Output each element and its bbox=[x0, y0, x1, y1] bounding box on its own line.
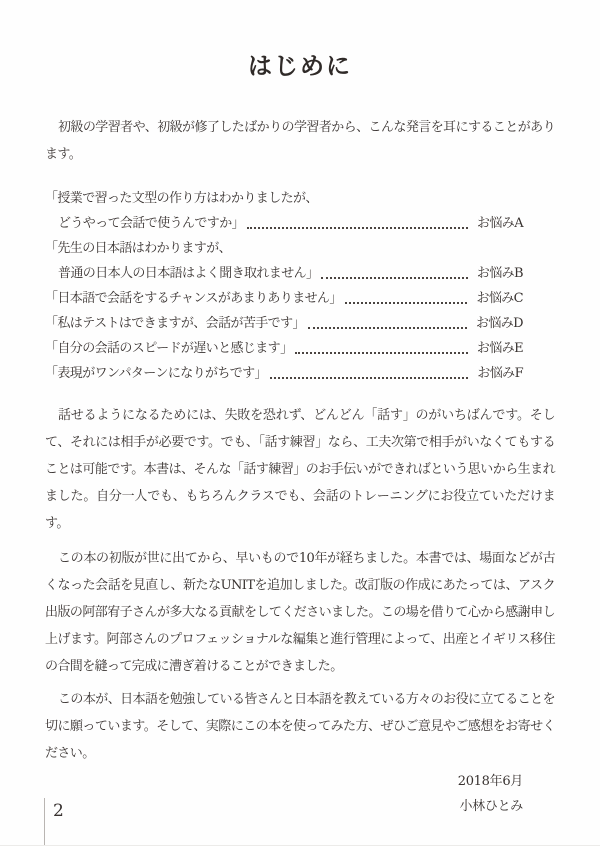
worry-b-quote-start: 「先生の日本語はわかりますが、 bbox=[45, 236, 231, 261]
worry-a-quote-end: どうやって会話で使うんですか」 bbox=[58, 211, 244, 236]
worry-item-a: 「授業で習った文型の作り方はわかりましたが、 どうやって会話で使うんですか」 お… bbox=[45, 186, 523, 236]
preface-page: はじめに 初級の学習者や、初級が修了したばかりの学習者から、こんな発言を耳にする… bbox=[0, 0, 600, 846]
signature-block: 2018年6月 小林ひとみ bbox=[45, 769, 555, 819]
dotted-leader bbox=[270, 368, 468, 379]
worry-list: 「授業で習った文型の作り方はわかりましたが、 どうやって会話で使うんですか」 お… bbox=[45, 186, 555, 386]
dotted-leader bbox=[308, 318, 467, 329]
dotted-leader bbox=[295, 343, 467, 354]
dotted-leader bbox=[321, 268, 467, 279]
worry-b-label: お悩みB bbox=[477, 261, 523, 286]
worry-f-quote: 「表現がワンパターンになりがちです」 bbox=[45, 361, 267, 386]
worry-a-line2: どうやって会話で使うんですか」 お悩みA bbox=[45, 211, 523, 236]
worry-item-c: 「日本語で会話をするチャンスがあまりありません」 お悩みC bbox=[45, 286, 523, 311]
worry-a-line1: 「授業で習った文型の作り方はわかりましたが、 bbox=[45, 186, 523, 211]
worry-item-e: 「自分の会話のスピードが遅いと感じます」 お悩みE bbox=[45, 336, 523, 361]
worry-d-line: 「私はテストはできますが、会話が苦手です」 お悩みD bbox=[45, 311, 523, 336]
page-title: はじめに bbox=[45, 0, 555, 82]
paragraph-closing: この本が、日本語を勉強している皆さんと日本語を教えている方々のお役に立てることを… bbox=[45, 686, 555, 767]
page-number-rule bbox=[44, 798, 45, 846]
publication-date: 2018年6月 bbox=[45, 769, 523, 794]
worry-c-line: 「日本語で会話をするチャンスがあまりありません」 お悩みC bbox=[45, 286, 523, 311]
worry-item-b: 「先生の日本語はわかりますが、 普通の日本人の日本語はよく聞き取れません」 お悩… bbox=[45, 236, 523, 286]
worry-f-line: 「表現がワンパターンになりがちです」 お悩みF bbox=[45, 361, 523, 386]
dotted-leader bbox=[247, 218, 468, 229]
worry-f-label: お悩みF bbox=[477, 361, 523, 386]
dotted-leader bbox=[345, 293, 468, 304]
worry-b-line2: 普通の日本人の日本語はよく聞き取れません」 お悩みB bbox=[45, 261, 523, 286]
worry-item-f: 「表現がワンパターンになりがちです」 お悩みF bbox=[45, 361, 523, 386]
worry-a-label: お悩みA bbox=[477, 211, 523, 236]
worry-d-label: お悩みD bbox=[476, 311, 523, 336]
worry-e-quote: 「自分の会話のスピードが遅いと感じます」 bbox=[45, 336, 292, 361]
author-name: 小林ひとみ bbox=[45, 794, 523, 819]
worry-c-quote: 「日本語で会話をするチャンスがあまりありません」 bbox=[45, 286, 342, 311]
worry-b-quote-end: 普通の日本人の日本語はよく聞き取れません」 bbox=[58, 261, 318, 286]
worry-a-quote-start: 「授業で習った文型の作り方はわかりましたが、 bbox=[45, 186, 318, 211]
worry-item-d: 「私はテストはできますが、会話が苦手です」 お悩みD bbox=[45, 311, 523, 336]
paragraph-revision: この本の初版が世に出てから、早いもので10年が経ちました。本書では、場面などが古… bbox=[45, 545, 555, 680]
worry-e-line: 「自分の会話のスピードが遅いと感じます」 お悩みE bbox=[45, 336, 523, 361]
paragraph-practice: 話せるようになるためには、失敗を恐れず、どんどん「話す」のがいちばんです。そして… bbox=[45, 402, 555, 537]
worry-e-label: お悩みE bbox=[477, 336, 523, 361]
worry-c-label: お悩みC bbox=[476, 286, 523, 311]
worry-b-line1: 「先生の日本語はわかりますが、 bbox=[45, 236, 523, 261]
paragraph-intro: 初級の学習者や、初級が修了したばかりの学習者から、こんな発言を耳にすることがあり… bbox=[45, 114, 555, 168]
worry-d-quote: 「私はテストはできますが、会話が苦手です」 bbox=[45, 311, 305, 336]
page-content: はじめに 初級の学習者や、初級が修了したばかりの学習者から、こんな発言を耳にする… bbox=[0, 0, 600, 819]
page-number: 2 bbox=[53, 800, 64, 822]
